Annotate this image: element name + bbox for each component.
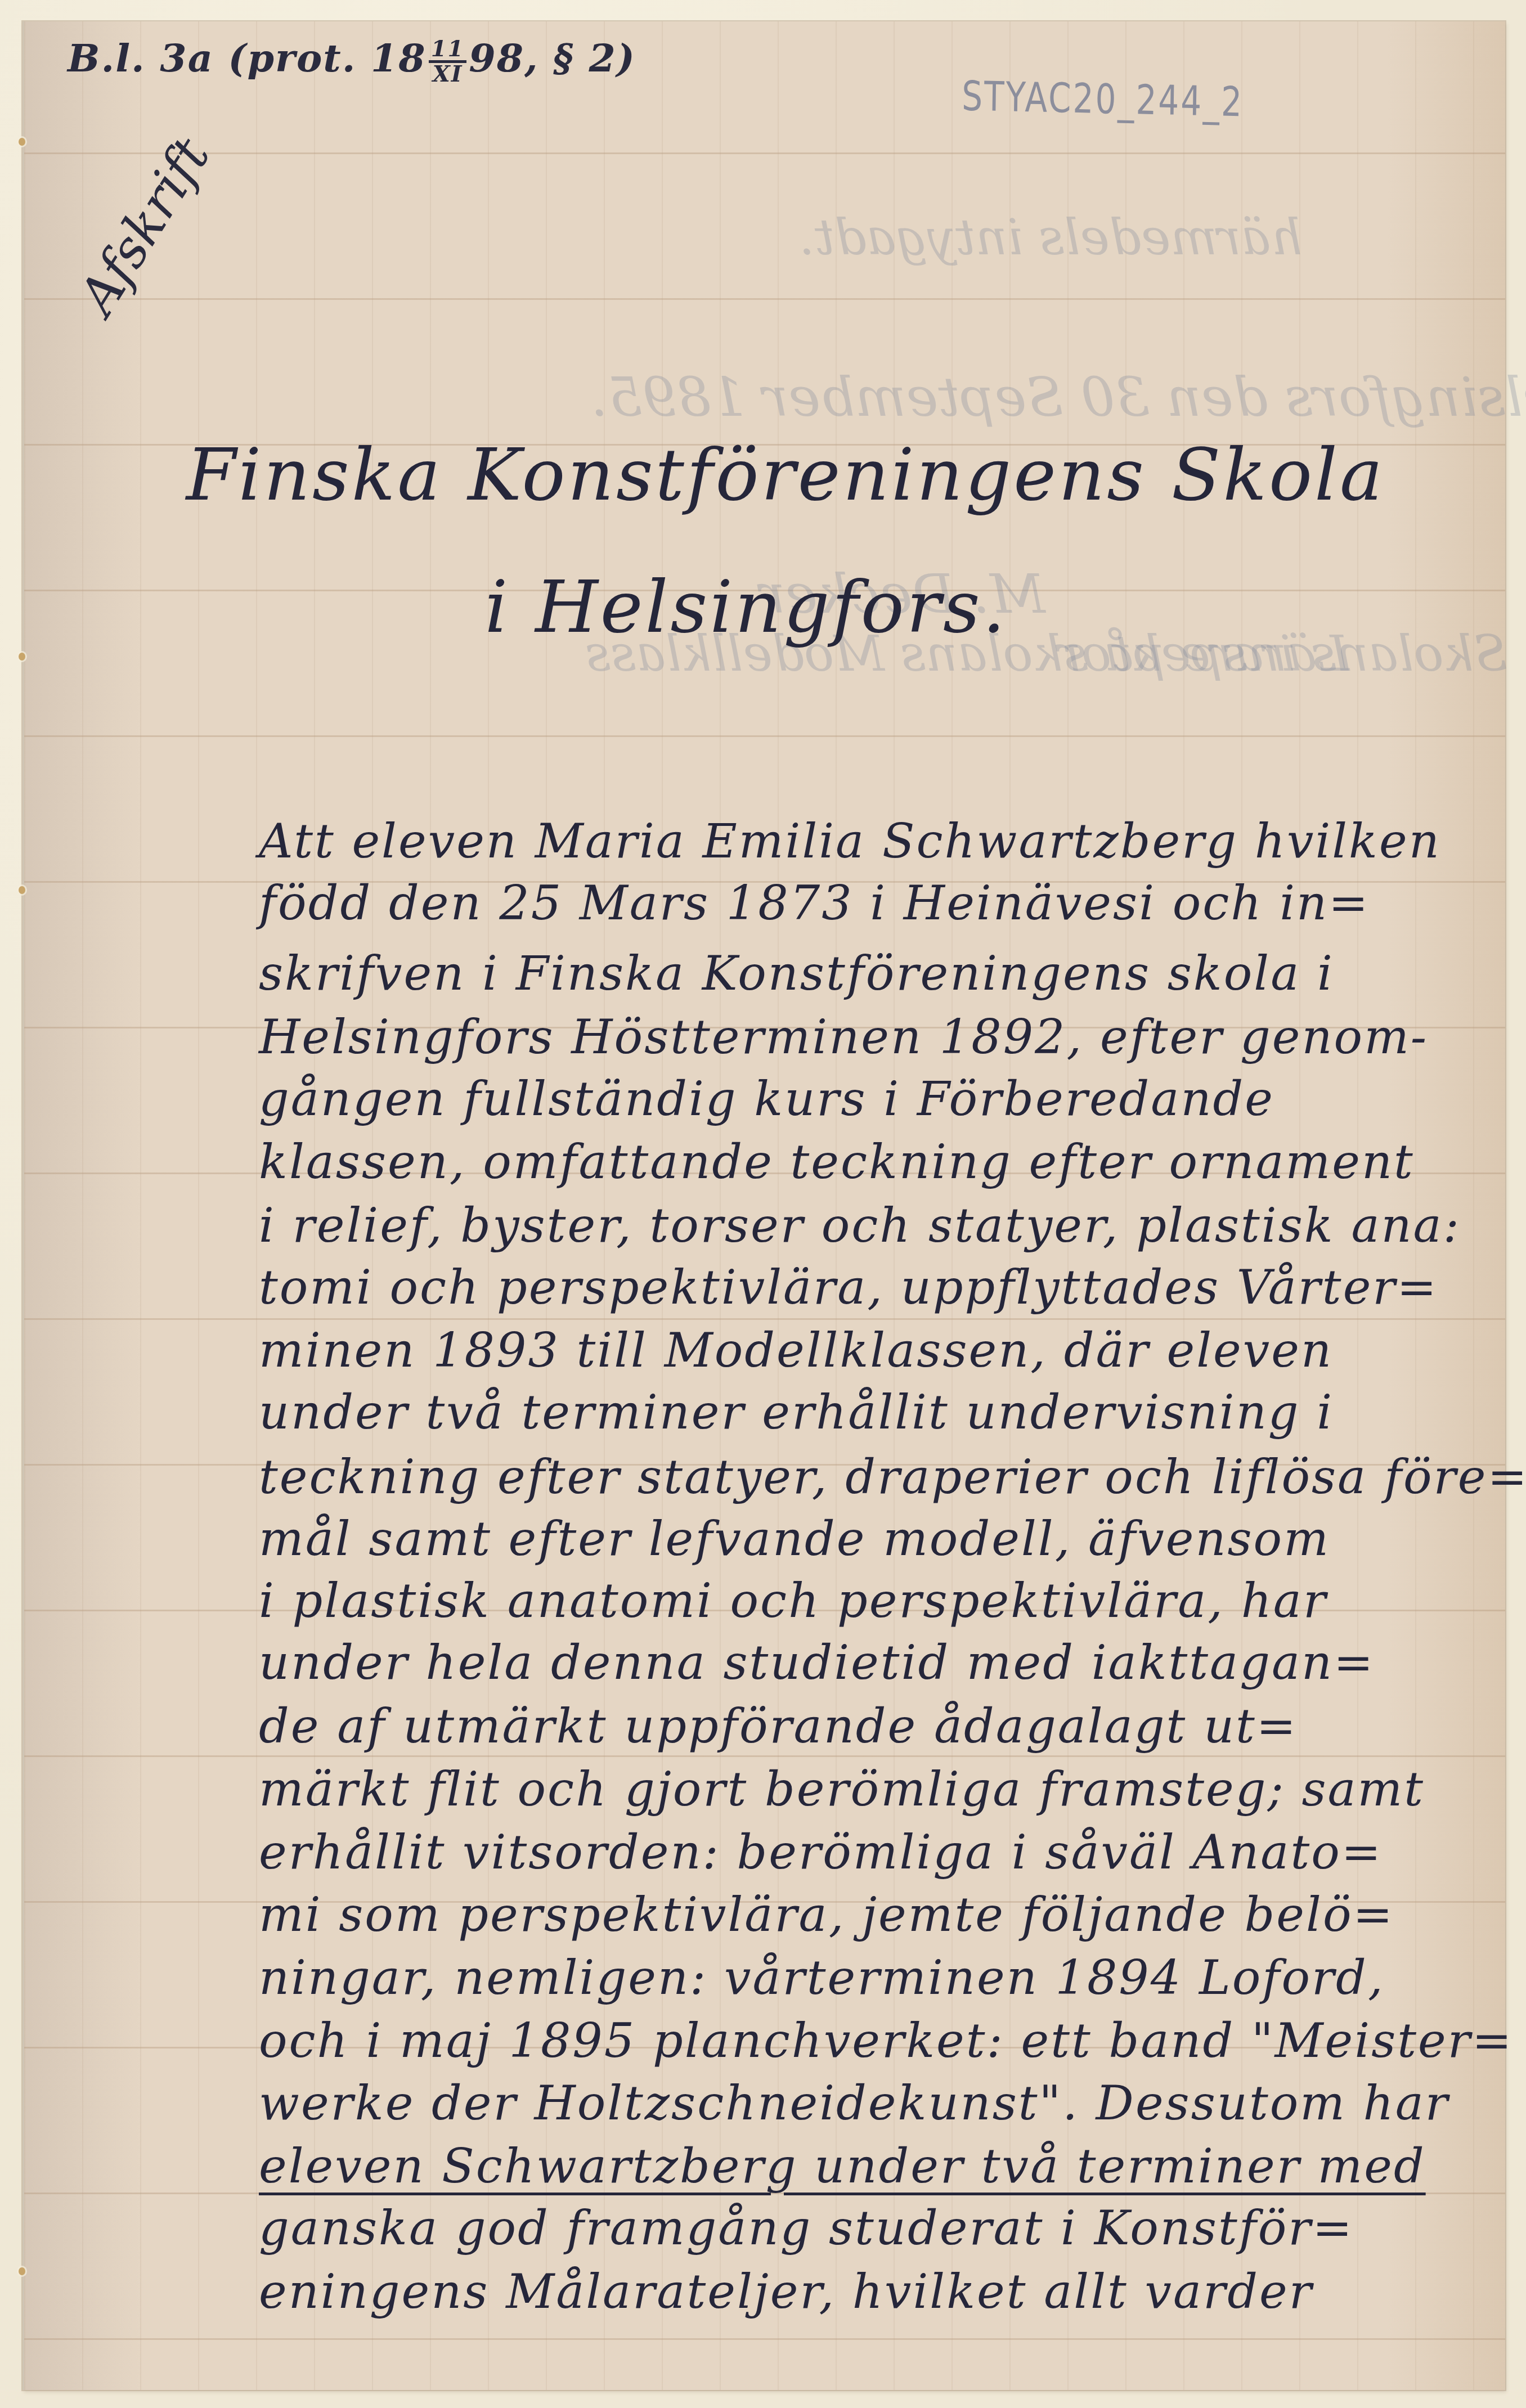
archive-id-label: STYAC20_244_2 (962, 72, 1244, 126)
fraction-denominator: XI (429, 63, 467, 86)
punch-hole (19, 2267, 25, 2275)
fraction-numerator: 11 (429, 38, 467, 63)
reference-prefix: B.l. 3a (prot. 18 (68, 36, 427, 81)
document-heading-line-2: i Helsingfors. (0, 565, 1509, 649)
reference-suffix: 98, § 2) (469, 36, 636, 81)
punch-hole (19, 138, 25, 146)
punch-hole (19, 653, 25, 661)
punch-hole (19, 886, 25, 894)
show-through-text: härmedels intygadt. (799, 208, 1303, 266)
show-through-text: Helsingfors den 30 September 1895. (591, 366, 1526, 429)
reference-annotation: B.l. 3a (prot. 1811XI98, § 2) (68, 36, 636, 86)
body-line: eningens Målarateljer, hvilket allt vard… (259, 2249, 1313, 2334)
date-fraction: 11XI (429, 38, 467, 86)
document-heading-line-1: Finska Konstföreningens Skola (23, 433, 1526, 517)
